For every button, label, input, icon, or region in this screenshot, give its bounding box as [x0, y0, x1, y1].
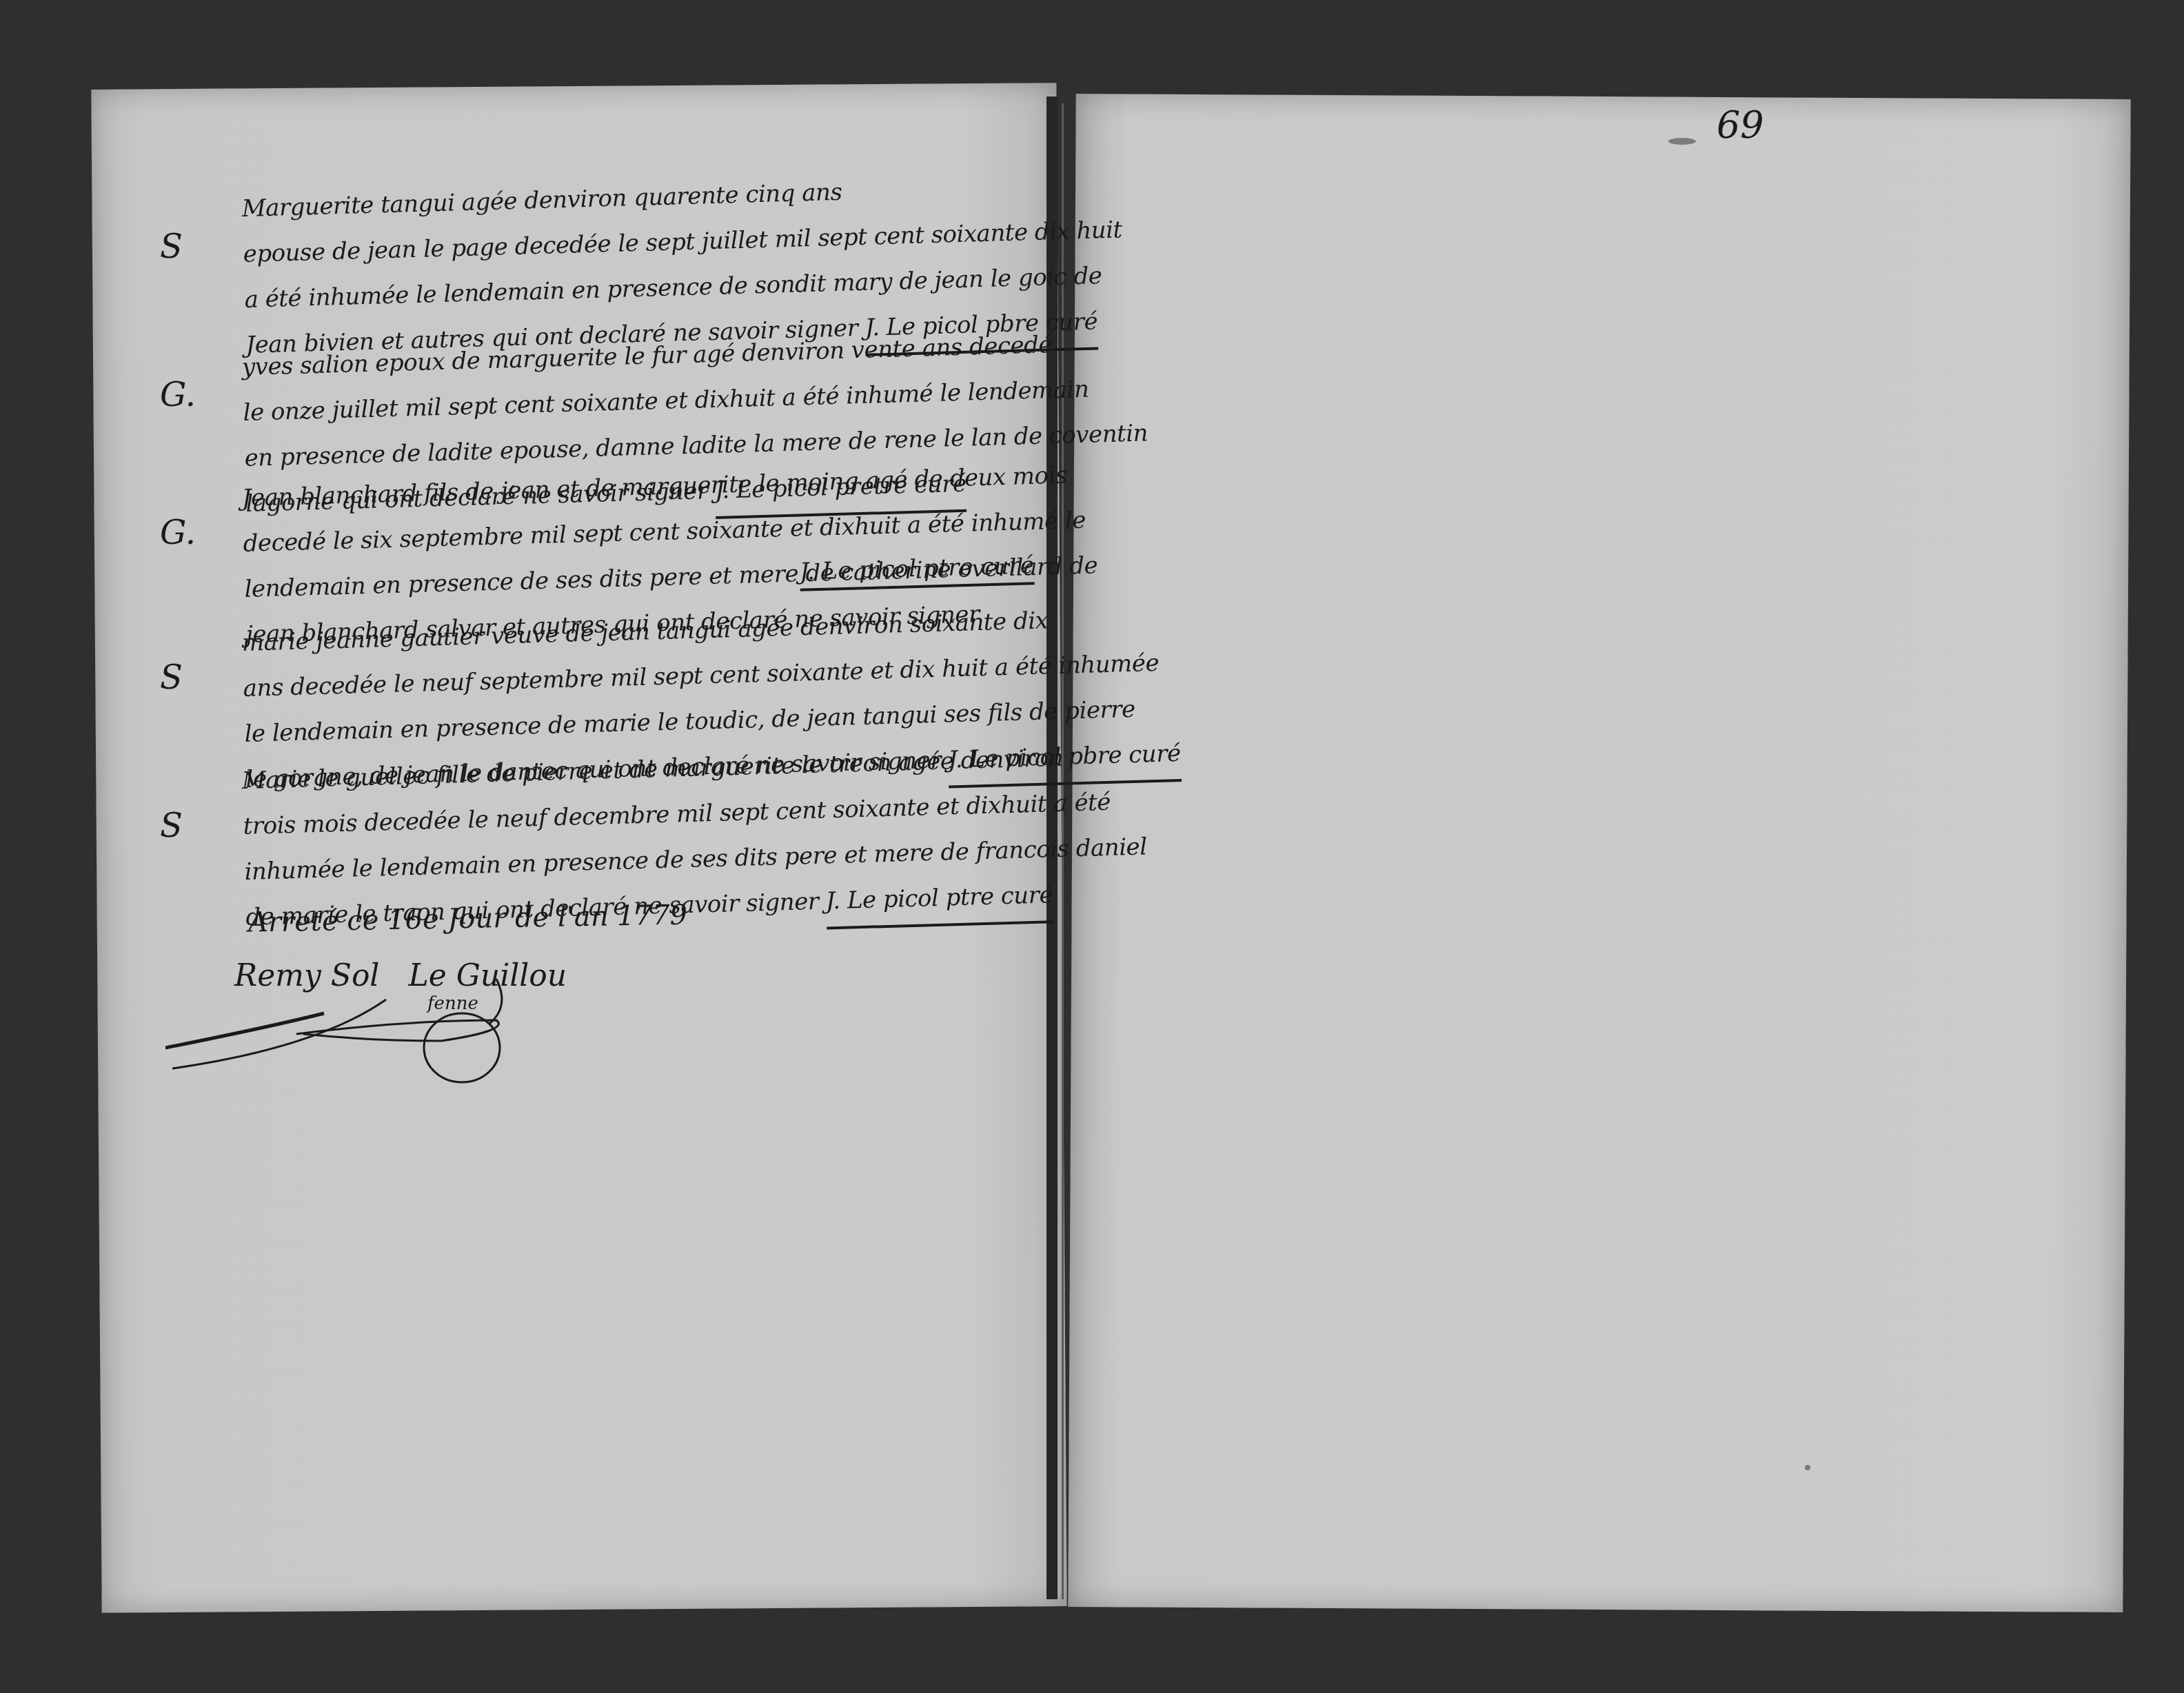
margin-mark-s: S — [160, 227, 183, 266]
priest-signature: J. Le picol ptre curé — [799, 551, 1034, 591]
priest-signature: J. Le picol ptre curé — [825, 872, 1053, 929]
margin-mark-s: S — [160, 807, 183, 845]
ink-spot — [1805, 1465, 1810, 1470]
signature-flourish-icon — [165, 965, 607, 1089]
folio-number: 69 — [1717, 103, 1764, 147]
right-page — [1068, 94, 2130, 1612]
margin-mark-g: G. — [160, 514, 196, 552]
margin-mark-g: G. — [160, 376, 196, 414]
ink-smudge — [1668, 138, 1696, 145]
margin-mark-s: S — [160, 658, 183, 697]
